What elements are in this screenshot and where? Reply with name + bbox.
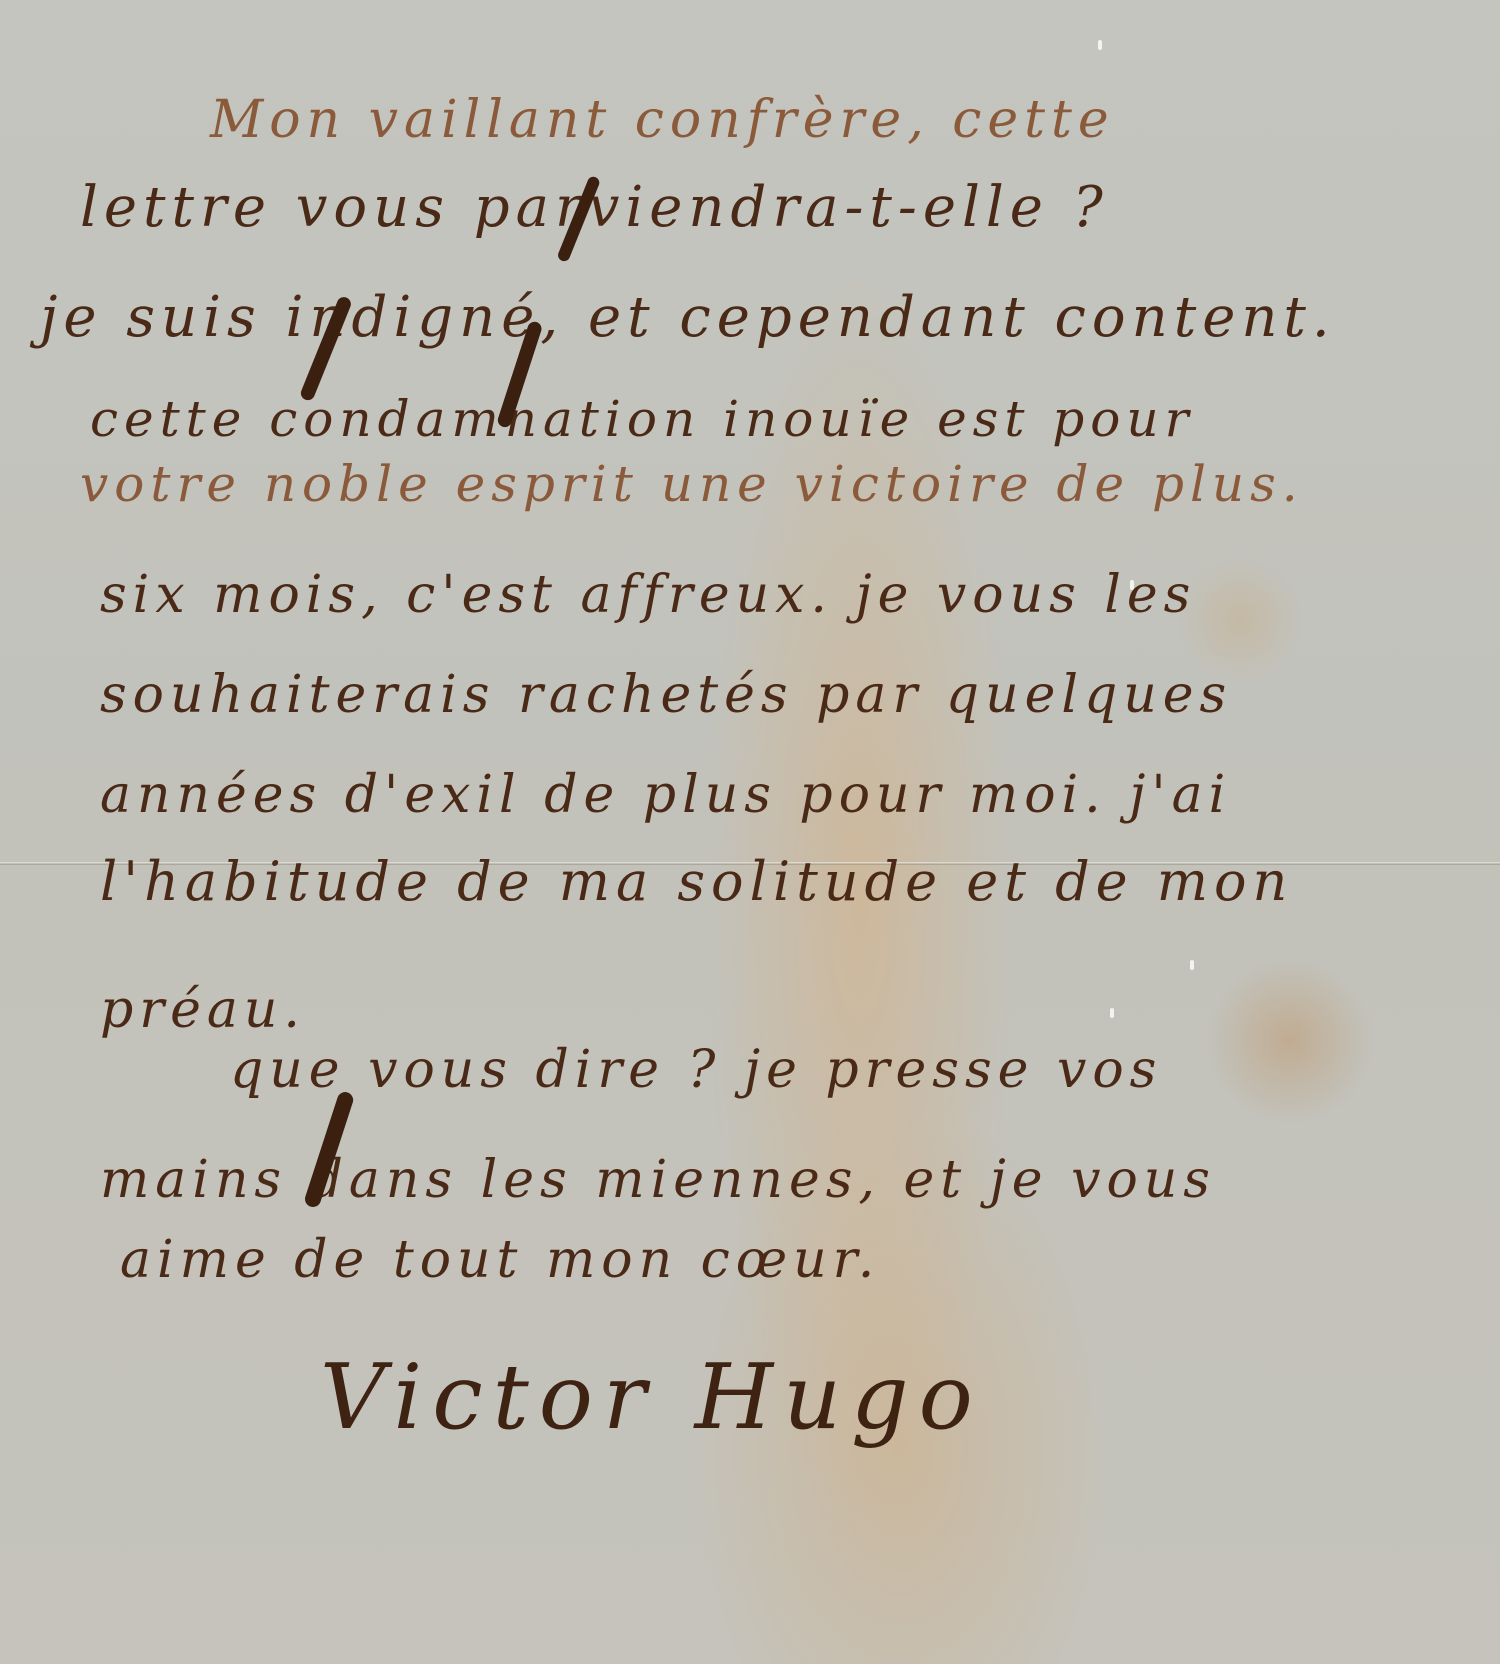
letter-line-3: je suis indigné, et cependant content. (40, 285, 1336, 350)
paper-speck (1130, 580, 1134, 590)
paper-speck (1098, 40, 1102, 50)
letter-line-6: six mois, c'est affreux. je vous les (100, 565, 1196, 625)
letter-line-7: souhaiterais rachetés par quelques (100, 665, 1232, 725)
letter-line-12: mains dans les miennes, et je vous (100, 1150, 1216, 1210)
letter-line-8: années d'exil de plus pour moi. j'ai (100, 765, 1231, 825)
letter-line-1: Mon vaillant confrère, cette (210, 90, 1115, 150)
letter-line-13: aime de tout mon cœur. (120, 1230, 880, 1290)
paper-speck (1190, 960, 1194, 970)
letter-line-11: que vous dire ? je presse vos (230, 1040, 1162, 1100)
letter-line-9: l'habitude de ma solitude et de mon (100, 850, 1293, 913)
letter-line-5: votre noble esprit une victoire de plus. (80, 455, 1304, 513)
letter-line-10: préau. (100, 980, 306, 1040)
letter-page: Mon vaillant confrère, cette lettre vous… (0, 0, 1500, 1664)
paper-speck (1110, 1008, 1114, 1018)
signature: Victor Hugo (320, 1345, 983, 1450)
letter-line-4: cette condamnation inouïe est pour (90, 390, 1195, 448)
